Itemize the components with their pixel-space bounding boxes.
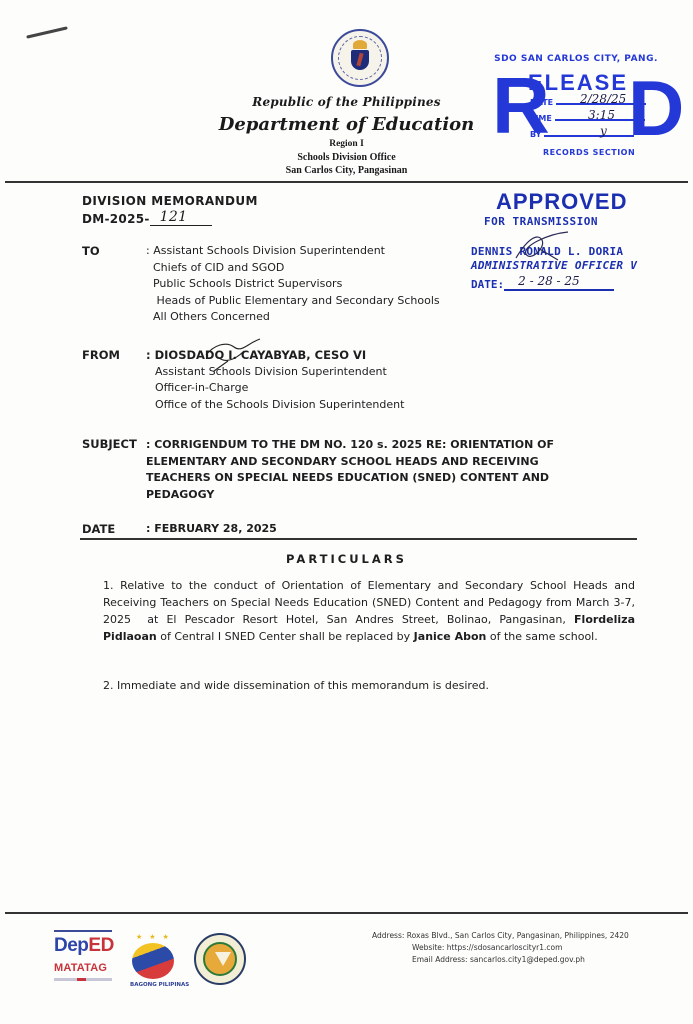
subject-text: : CORRIGENDUM TO THE DM NO. 120 s. 2025 …: [146, 437, 596, 503]
approved-date: 2 - 28 - 25: [518, 274, 580, 288]
recipient: All Others Concerned: [146, 309, 440, 326]
footer-divider: [5, 912, 688, 914]
to-recipients: : Assistant Schools Division Superintend…: [146, 243, 440, 326]
released-handwritten-time: 3:15: [588, 108, 615, 122]
footer-contact: Address: Roxas Blvd., San Carlos City, P…: [360, 930, 662, 966]
approval-signature-icon: [508, 228, 578, 268]
replacement-person: Janice Abon: [414, 630, 487, 643]
from-label: FROM: [82, 348, 120, 362]
memo-number: DM-2025-121: [82, 212, 212, 226]
date-divider: [80, 538, 637, 540]
bagong-pilipinas-logo-icon: ★★★ BAGONG PILIPINAS: [130, 933, 176, 988]
released-handwritten-by: y: [600, 124, 607, 138]
particulars-paragraph-2: 2. Immediate and wide dissemination of t…: [103, 677, 635, 694]
recipient: Chiefs of CID and SGOD: [146, 260, 440, 277]
recipient: : Assistant Schools Division Superintend…: [146, 243, 440, 260]
recipient: Public Schools District Supervisors: [146, 276, 440, 293]
memo-number-value: 121: [160, 209, 188, 225]
footer-address: Address: Roxas Blvd., San Carlos City, P…: [360, 930, 662, 942]
particulars-heading: PARTICULARS: [0, 552, 693, 566]
date-label: DATE: [82, 522, 115, 536]
to-label: TO: [82, 244, 100, 258]
approved-subtitle: FOR TRANSMISSION: [484, 215, 598, 228]
from-line: Office of the Schools Division Superinte…: [146, 397, 404, 414]
footer-website[interactable]: Website: https://sdosancarloscityr1.com: [360, 942, 662, 954]
letterhead-city: San Carlos City, Pangasinan: [0, 165, 693, 176]
memo-title: DIVISION MEMORANDUM: [82, 194, 258, 208]
released-handwritten-date: 2/28/25: [580, 92, 626, 106]
from-block: : DIOSDADO I. CAYABYAB, CESO VI Assistan…: [146, 347, 404, 413]
stray-pen-mark: [26, 26, 68, 38]
subject-label: SUBJECT: [82, 437, 137, 451]
released-stamp-section: RECORDS SECTION: [543, 148, 635, 157]
deped-seal-icon: [331, 29, 389, 87]
header-divider: [5, 181, 688, 183]
from-line: Officer-in-Charge: [146, 380, 404, 397]
particulars-paragraph-1: 1. Relative to the conduct of Orientatio…: [103, 577, 635, 645]
sdo-seal-icon: [194, 933, 246, 985]
from-line: Assistant Schools Division Superintenden…: [146, 364, 404, 381]
deped-matatag-logo-icon: DepED MATATAG: [54, 928, 116, 990]
date-value: : FEBRUARY 28, 2025: [146, 522, 277, 535]
released-stamp: SDO SAN CARLOS CITY, PANG. R ELEASE D DA…: [488, 54, 664, 162]
approved-title: APPROVED: [496, 189, 627, 215]
recipient: Heads of Public Elementary and Secondary…: [146, 293, 440, 310]
from-name: : DIOSDADO I. CAYABYAB, CESO VI: [146, 347, 404, 364]
footer-email[interactable]: Email Address: sancarlos.city1@deped.gov…: [360, 954, 662, 966]
